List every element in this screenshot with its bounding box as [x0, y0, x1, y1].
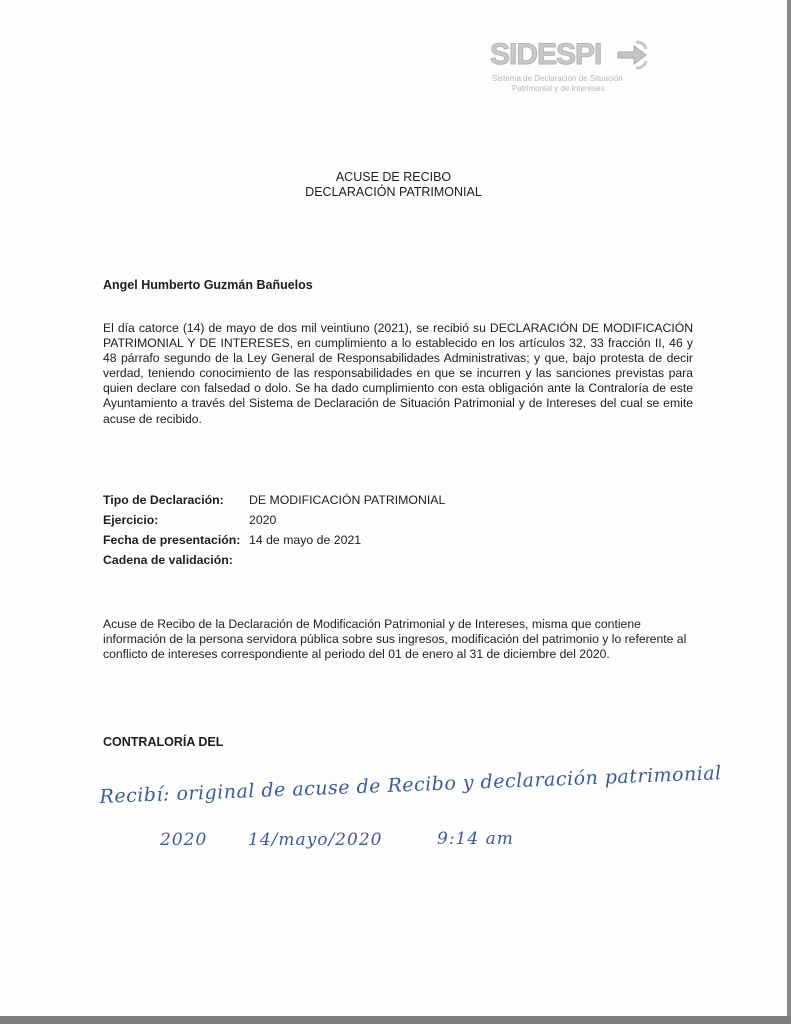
signature-block: CONTRALORÍA DEL: [103, 735, 223, 749]
field-tipo-declaracion: Tipo de Declaración: DE MODIFICACIÓN PAT…: [103, 490, 445, 510]
logo-wordmark: SIDESPI: [490, 38, 601, 72]
logo-subtitle-1: Sistema de Declaración de Situación: [492, 74, 623, 84]
field-fecha-presentacion: Fecha de presentación: 14 de mayo de 202…: [103, 530, 445, 550]
logo-subtitle-2: Patrimonial y de Intereses: [512, 84, 605, 94]
field-value: 14 de mayo de 2021: [249, 530, 361, 550]
scan-edge-right: [787, 0, 791, 1024]
arrow-right-icon: [616, 40, 650, 70]
field-cadena-validacion: Cadena de validación:: [103, 550, 445, 570]
field-label: Tipo de Declaración:: [103, 490, 249, 510]
document-page: SIDESPI Sistema de Declaración de Situac…: [0, 0, 787, 1016]
declaration-fields: Tipo de Declaración: DE MODIFICACIÓN PAT…: [103, 490, 445, 570]
document-title: ACUSE DE RECIBO: [0, 170, 787, 185]
recipient-name: Angel Humberto Guzmán Bañuelos: [103, 278, 313, 292]
body-paragraph: El día catorce (14) de mayo de dos mil v…: [103, 321, 693, 427]
handwritten-note-year: 2020: [160, 830, 207, 850]
field-ejercicio: Ejercicio: 2020: [103, 510, 445, 530]
field-label: Ejercicio:: [103, 510, 249, 530]
handwritten-note-time: 9:14 am: [437, 829, 514, 849]
sidespi-logo: SIDESPI Sistema de Declaración de Situac…: [490, 38, 670, 98]
field-label: Cadena de validación:: [103, 550, 249, 570]
document-subtitle: DECLARACIÓN PATRIMONIAL: [0, 185, 787, 200]
handwritten-note-date: 14/mayo/2020: [248, 830, 382, 850]
field-label: Fecha de presentación:: [103, 530, 249, 550]
scan-edge-bottom: [0, 1016, 791, 1024]
handwritten-note-line1: Recibí: original de acuse de Recibo y de…: [99, 762, 722, 808]
field-value: DE MODIFICACIÓN PATRIMONIAL: [249, 490, 445, 510]
field-value: 2020: [249, 510, 276, 530]
summary-paragraph: Acuse de Recibo de la Declaración de Mod…: [103, 617, 703, 662]
